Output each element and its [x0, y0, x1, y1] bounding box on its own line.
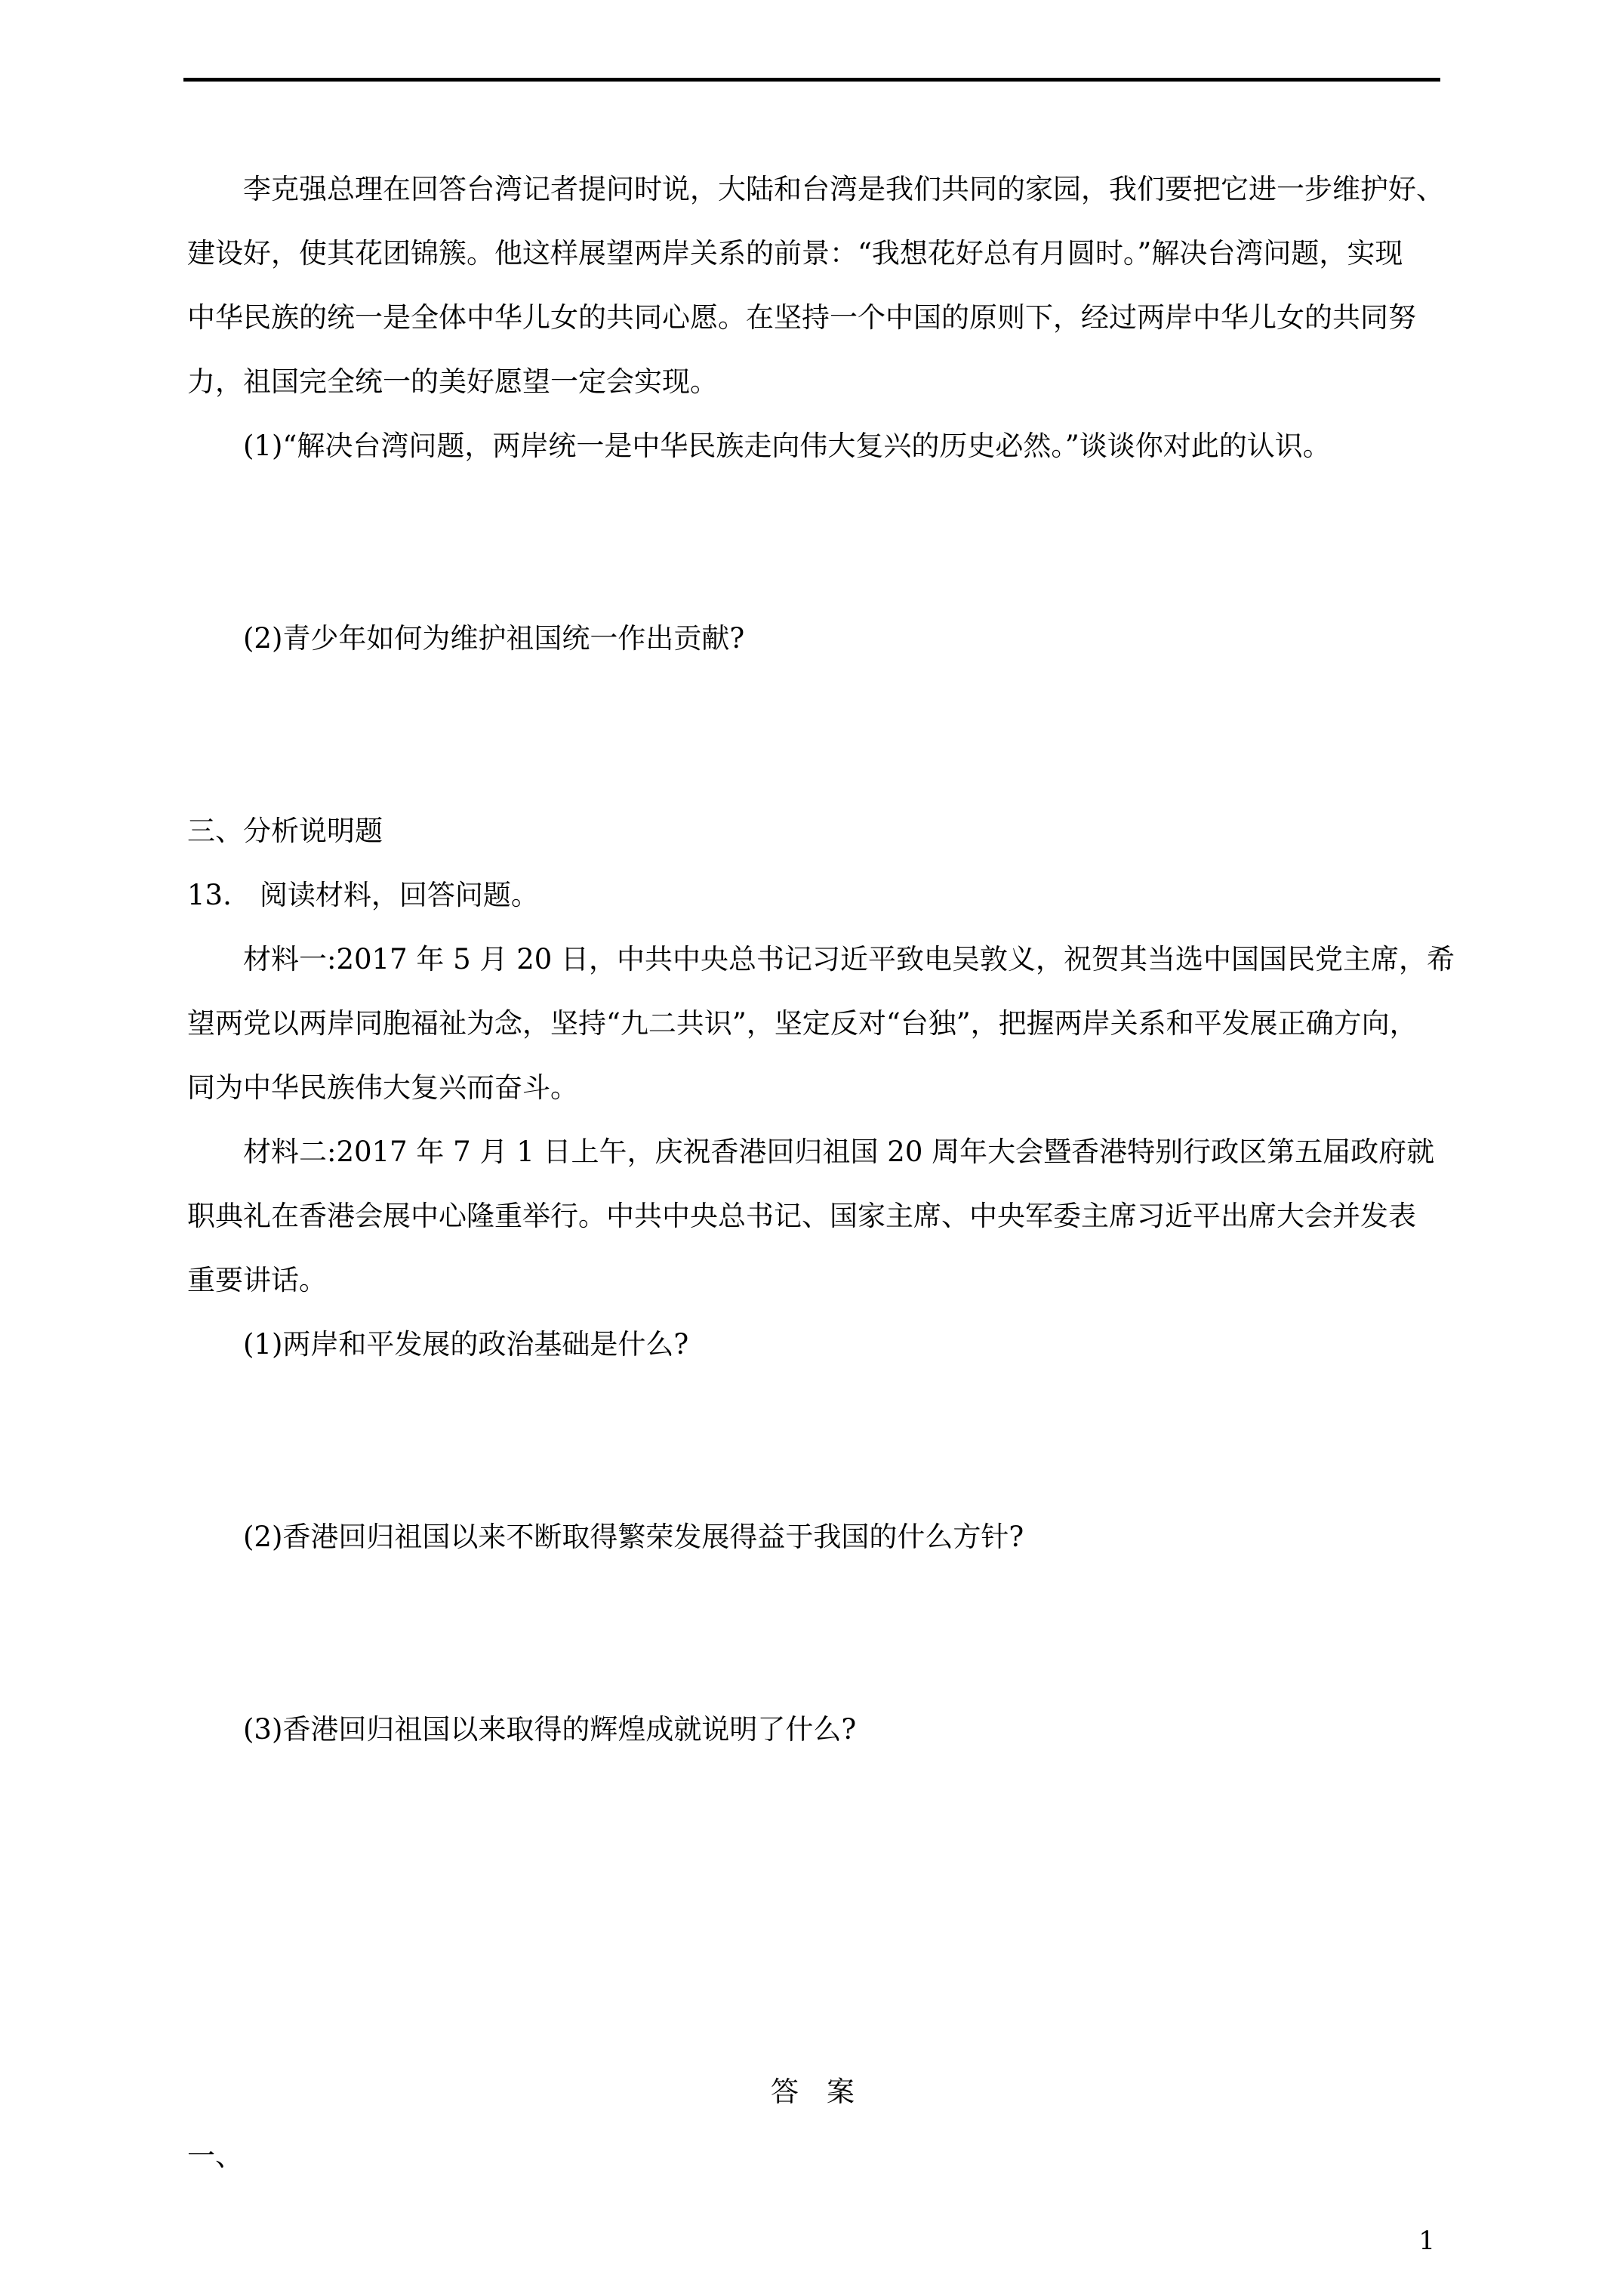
text-line: [187, 1441, 1438, 1505]
answer-section: 答 案一、: [187, 2060, 1438, 2188]
text-line: 望两党以两岸同胞福祉为念，坚持“九二共识”，坚定反对“台独”，把握两岸关系和平发…: [187, 991, 1438, 1056]
text-line: 答 案: [187, 2060, 1438, 2124]
text-line: 重要讲话。: [187, 1248, 1438, 1312]
text-line: 材料一:2017 年 5 月 20 日，中共中央总书记习近平致电吴敦义，祝贺其当…: [187, 927, 1438, 991]
text-line: [187, 735, 1438, 799]
text-line: 同为中华民族伟大复兴而奋斗。: [187, 1056, 1438, 1120]
text-line: [187, 542, 1438, 606]
document-body: 李克强总理在回答台湾记者提问时说，大陆和台湾是我们共同的家园，我们要把它进一步维…: [187, 157, 1438, 1761]
text-line: (1)“解决台湾问题，两岸统一是中华民族走向伟大复兴的历史必然。”谈谈你对此的认…: [187, 414, 1438, 478]
text-line: [187, 1633, 1438, 1697]
text-line: [187, 670, 1438, 735]
text-line: [187, 1376, 1438, 1441]
text-line: [187, 478, 1438, 542]
text-line: (2)香港回归祖国以来不断取得繁荣发展得益于我国的什么方针?: [187, 1505, 1438, 1569]
header-rule: [183, 78, 1440, 82]
text-line: 中华民族的统一是全体中华儿女的共同心愿。在坚持一个中国的原则下，经过两岸中华儿女…: [187, 285, 1438, 350]
text-line: (3)香港回归祖国以来取得的辉煌成就说明了什么?: [187, 1697, 1438, 1761]
text-line: (2)青少年如何为维护祖国统一作出贡献?: [187, 606, 1438, 670]
text-line: 李克强总理在回答台湾记者提问时说，大陆和台湾是我们共同的家园，我们要把它进一步维…: [187, 157, 1438, 221]
text-line: 一、: [187, 2124, 1438, 2188]
text-line: 材料二:2017 年 7 月 1 日上午，庆祝香港回归祖国 20 周年大会暨香港…: [187, 1120, 1438, 1184]
text-line: 职典礼在香港会展中心隆重举行。中共中央总书记、国家主席、中央军委主席习近平出席大…: [187, 1184, 1438, 1248]
text-line: 力，祖国完全统一的美好愿望一定会实现。: [187, 350, 1438, 414]
text-line: (1)两岸和平发展的政治基础是什么?: [187, 1312, 1438, 1376]
text-line: [187, 1569, 1438, 1633]
text-line: 13. 阅读材料，回答问题。: [187, 863, 1438, 927]
page-number: 1: [1418, 2226, 1435, 2256]
text-line: 三、分析说明题: [187, 799, 1438, 863]
text-line: 建设好，使其花团锦簇。他这样展望两岸关系的前景：“我想花好总有月圆时。”解决台湾…: [187, 221, 1438, 285]
document-page: 李克强总理在回答台湾记者提问时说，大陆和台湾是我们共同的家园，我们要把它进一步维…: [0, 0, 1623, 2296]
